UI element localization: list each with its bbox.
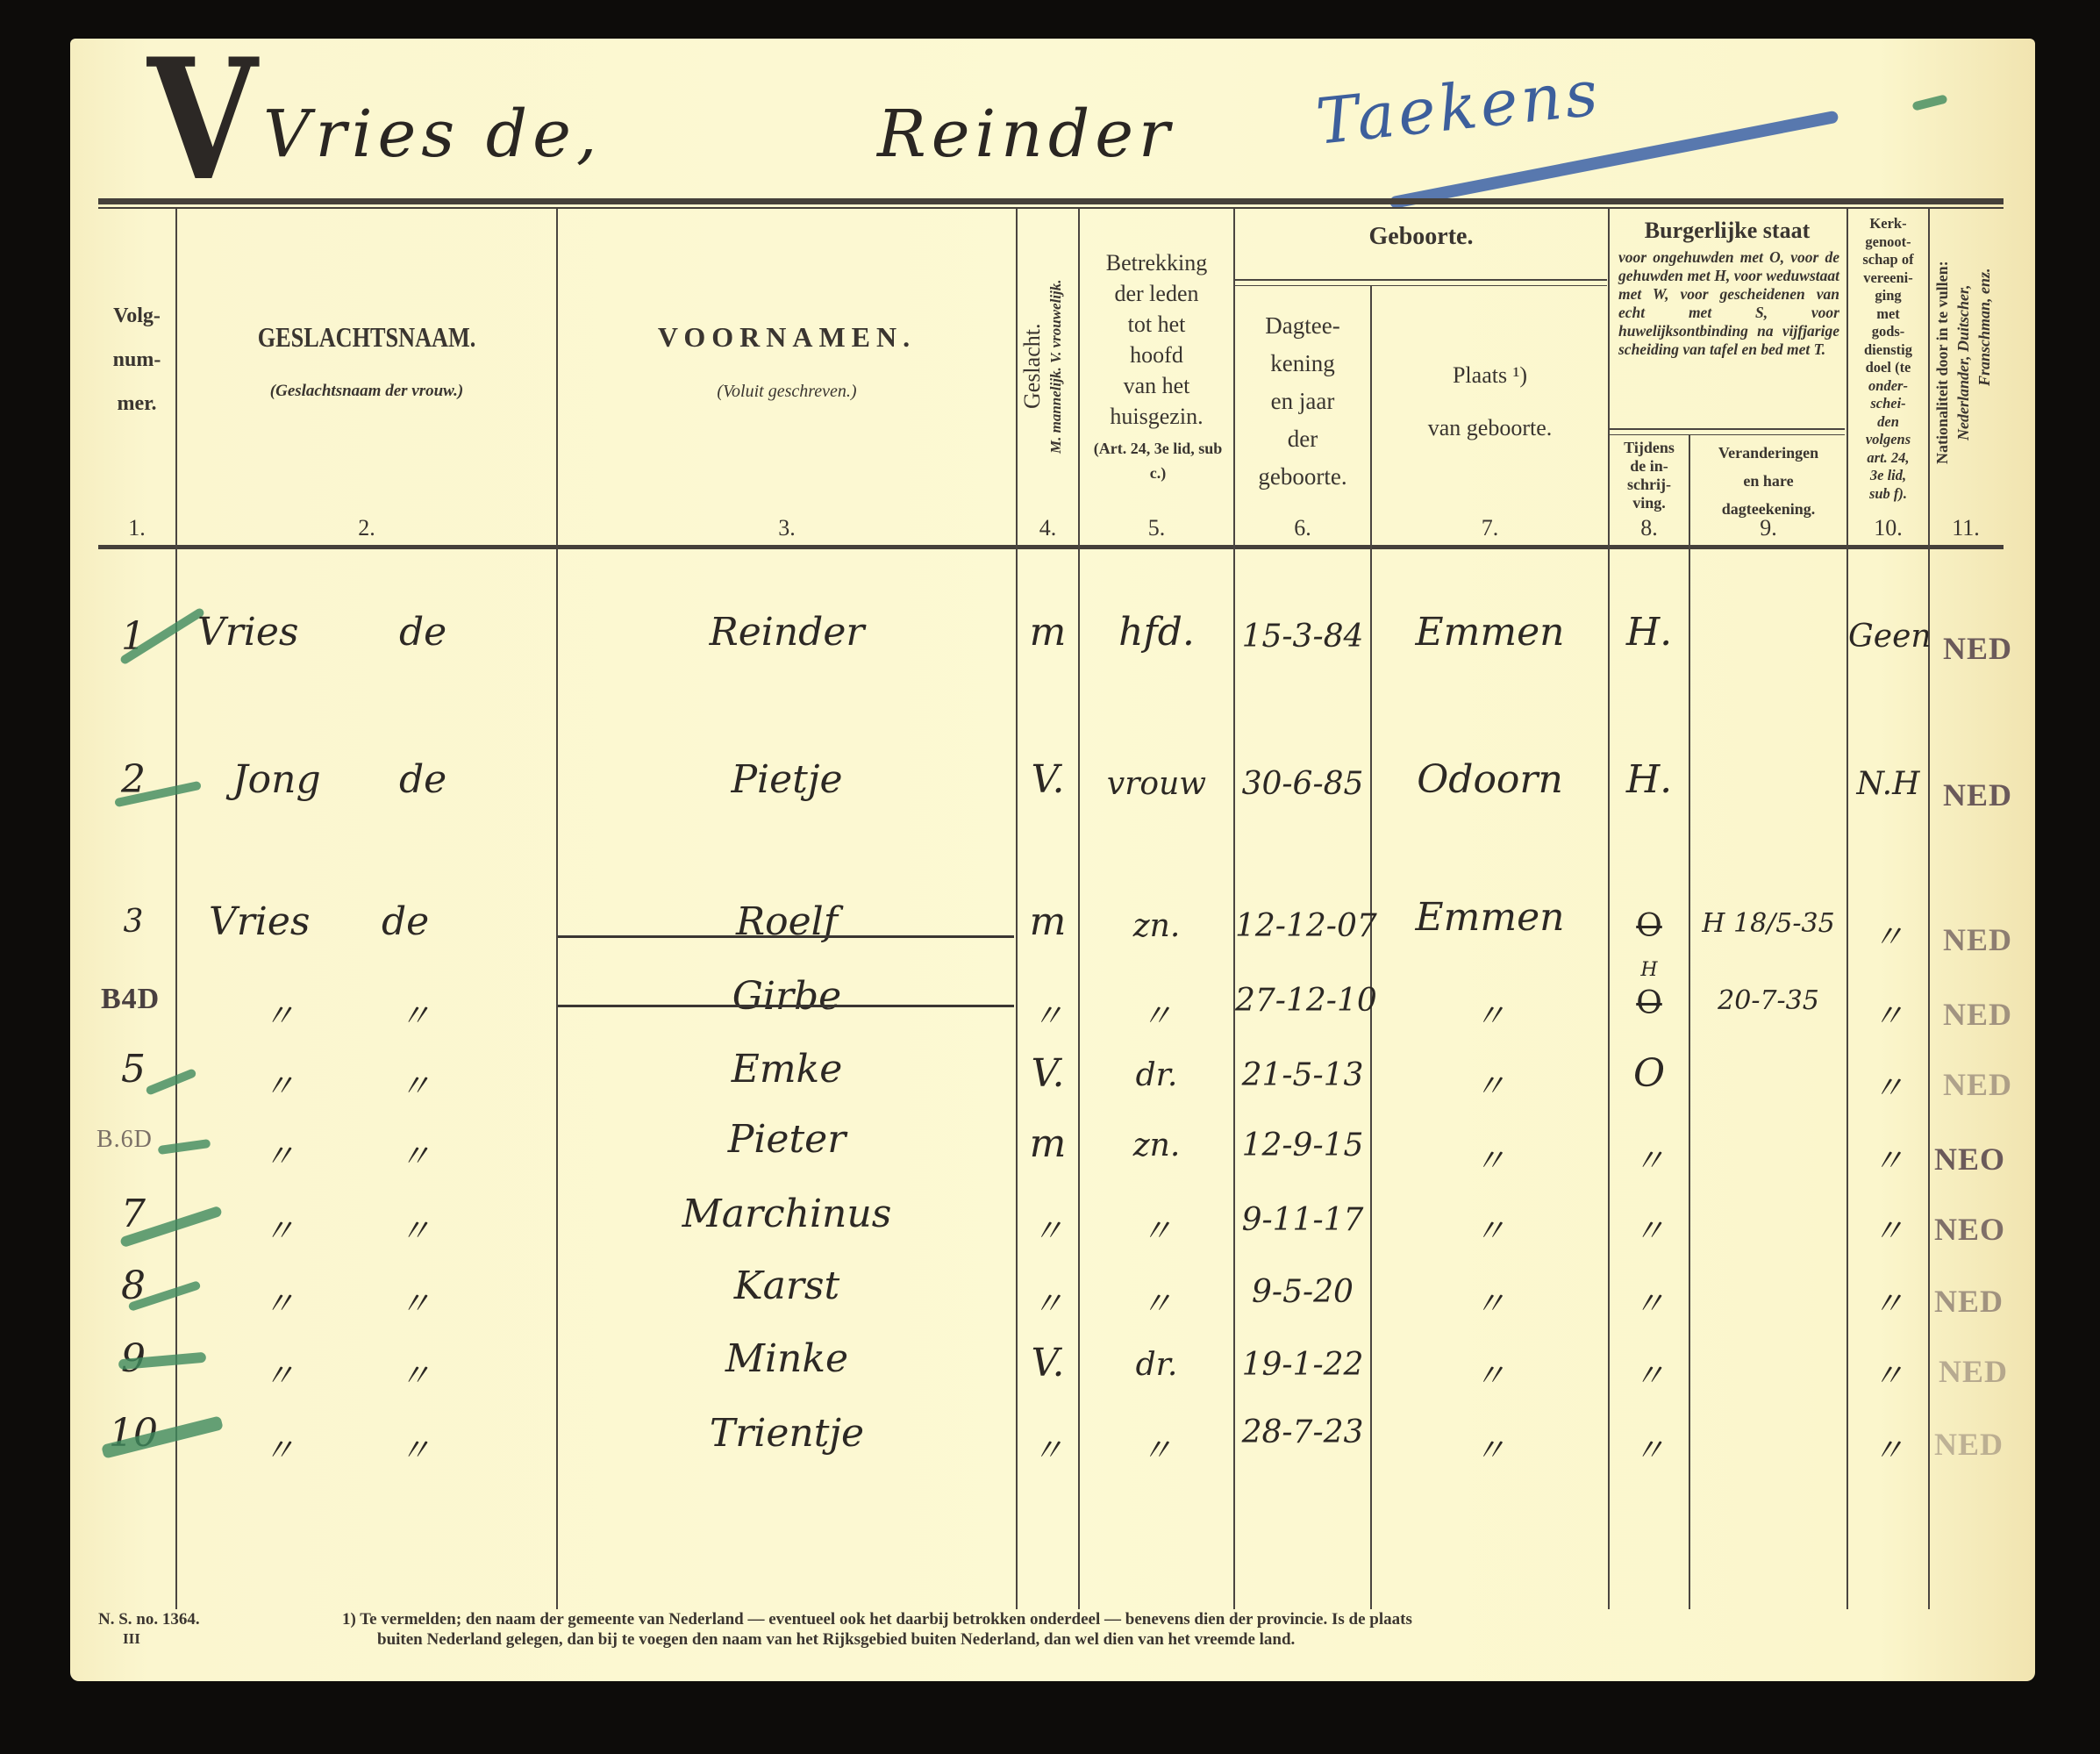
surname-part-2: de <box>399 757 446 802</box>
footnote-line-2: buiten Nederland gelegen, dan bij te voe… <box>377 1630 1295 1650</box>
header-text: Volg- <box>98 294 175 338</box>
birth-place: 〃 <box>1372 1136 1608 1181</box>
sex: m <box>1018 1121 1078 1166</box>
sex: V. <box>1018 1341 1078 1385</box>
header-veranderingen: Veranderingen en hare dagteekening. <box>1690 439 1846 523</box>
sex: 〃 <box>1018 1206 1078 1251</box>
church: 〃 <box>1848 992 1928 1036</box>
header-text: de in- <box>1610 457 1689 476</box>
church: 〃 <box>1848 1206 1928 1251</box>
header-text: schei- <box>1848 395 1928 413</box>
header-top-rule-thin <box>98 207 2004 209</box>
sex: 〃 <box>1018 992 1078 1036</box>
first-name-struck: Girbe <box>558 974 1016 1019</box>
church: 〃 <box>1848 1136 1928 1181</box>
civil-status: 〃 <box>1610 1351 1689 1396</box>
header-text: schrij- <box>1610 476 1689 494</box>
surname-part-2: 〃 <box>399 1351 431 1396</box>
header-text: ving. <box>1610 494 1689 512</box>
header-tijdens-inschrijving: Tijdens de in- schrij- ving. <box>1610 439 1689 512</box>
strikethrough-line <box>558 935 1014 938</box>
column-number-9: 9. <box>1690 515 1846 541</box>
header-volgnummer: Volg- num- mer. <box>98 294 175 426</box>
header-text: schap of <box>1848 251 1928 269</box>
column-number-8: 8. <box>1610 515 1689 541</box>
header-text: gods- <box>1848 323 1928 341</box>
header-text: en jaar <box>1235 383 1370 420</box>
first-name: Trientje <box>558 1411 1016 1456</box>
surname-part-1: 〃 <box>263 1351 295 1396</box>
relation: hfd. <box>1080 610 1233 655</box>
first-name: Emke <box>558 1047 1016 1092</box>
nationality-stamp: NED <box>1943 630 2012 667</box>
relation: zn. <box>1080 1128 1233 1163</box>
surname-part-2: 〃 <box>399 1426 431 1471</box>
column-divider <box>1928 209 1930 1609</box>
header-text: hoofd <box>1080 340 1233 370</box>
first-name: Pietje <box>558 757 1016 802</box>
header-text: art. 24, <box>1848 449 1928 468</box>
row-number-stamp: B.6D <box>96 1126 153 1154</box>
footnote-line-1: 1) Te vermelden; den naam der gemeente v… <box>342 1610 1412 1629</box>
header-text: volgens <box>1848 431 1928 449</box>
birth-date: 30-6-85 <box>1235 766 1370 802</box>
birth-date: 15-3-84 <box>1235 619 1370 655</box>
nationality-stamp: NED <box>1943 1066 2012 1103</box>
birth-place: 〃 <box>1372 992 1608 1036</box>
relation: 〃 <box>1080 992 1233 1036</box>
header-text: vereeni- <box>1848 269 1928 288</box>
header-text: Veranderingen <box>1690 439 1846 467</box>
header-dagteekening: Dagtee- kening en jaar der geboorte. <box>1235 307 1370 496</box>
relation: vrouw <box>1080 766 1233 802</box>
header-text: genoot- <box>1848 233 1928 252</box>
column-number-5: 5. <box>1080 515 1233 541</box>
relation: dr. <box>1080 1057 1233 1093</box>
nationality-stamp: NED <box>1943 921 2012 958</box>
sex: 〃 <box>1018 1279 1078 1324</box>
birth-place: 〃 <box>1372 1426 1608 1471</box>
header-text: geboorte. <box>1235 458 1370 496</box>
surname-part-2: 〃 <box>399 1062 431 1106</box>
header-van-geboorte: van geboorte. <box>1372 415 1608 441</box>
birth-date: 28-7-23 <box>1235 1414 1370 1450</box>
civil-status: H. <box>1610 757 1689 802</box>
church: Geen <box>1848 619 1928 655</box>
relation: 〃 <box>1080 1426 1233 1471</box>
surname-part-1: 〃 <box>263 1132 295 1177</box>
header-text: en hare <box>1690 467 1846 495</box>
column-number-1: 1. <box>98 515 175 541</box>
church: 〃 <box>1848 1426 1928 1471</box>
header-text: onder- <box>1848 377 1928 396</box>
sex: m <box>1018 610 1078 655</box>
nationality-stamp: NED <box>1934 1426 2004 1463</box>
strikethrough-line <box>558 1005 1014 1007</box>
birth-place: 〃 <box>1372 1279 1608 1324</box>
nationality-stamp: NED <box>1934 1283 2004 1320</box>
header-text: der leden <box>1080 278 1233 309</box>
birth-place: 〃 <box>1372 1351 1608 1396</box>
header-text: tot het <box>1080 309 1233 340</box>
first-name: Reinder <box>558 610 1016 655</box>
sex: 〃 <box>1018 1426 1078 1471</box>
church: 〃 <box>1848 1279 1928 1324</box>
surname-part-1: Jong <box>232 757 321 802</box>
header-plaats: Plaats ¹) <box>1372 362 1608 389</box>
birth-date: 9-5-20 <box>1235 1274 1370 1310</box>
birth-date: 12-9-15 <box>1235 1128 1370 1163</box>
surname-part-1: Vries <box>197 610 299 655</box>
header-geslacht-sub: M. mannelijk. V. vrouwelijk. <box>1047 224 1074 509</box>
civil-status: 〃 <box>1610 1279 1689 1324</box>
birth-date: 21-5-13 <box>1235 1057 1370 1093</box>
nationality-stamp: NED <box>1943 777 2012 813</box>
birth-date: 12-12-07 <box>1235 908 1370 944</box>
civil-status-struck: O <box>1610 985 1689 1021</box>
column-divider <box>1370 285 1372 1609</box>
header-text: Dagtee- <box>1235 307 1370 345</box>
civil-status: H. <box>1610 610 1689 655</box>
surname-part-1: 〃 <box>263 1426 295 1471</box>
geboorte-subheader-rule <box>1235 279 1607 286</box>
header-text: num- <box>98 338 175 382</box>
relation: zn. <box>1080 908 1233 944</box>
header-text: 3e lid, <box>1848 467 1928 485</box>
surname-part-1: Vries <box>209 899 311 944</box>
surname-part-2: 〃 <box>399 1206 431 1251</box>
header-nationaliteit: Nationaliteit door in te vullen: <box>1933 218 1954 507</box>
column-number-7: 7. <box>1372 515 1608 541</box>
column-number-6: 6. <box>1235 515 1370 541</box>
birth-place: Emmen <box>1372 895 1608 940</box>
nationality-stamp: NED <box>1943 996 2012 1033</box>
header-text: ging <box>1848 287 1928 305</box>
header-text: huisgezin. <box>1080 401 1233 432</box>
header-text: dienstig <box>1848 341 1928 360</box>
church: N.H <box>1848 766 1928 802</box>
header-top-rule <box>98 198 2004 204</box>
nationality-stamp: NED <box>1939 1353 2008 1390</box>
header-text: van het <box>1080 370 1233 401</box>
civil-status-changes: 20-7-35 <box>1690 985 1846 1016</box>
civil-status: 〃 <box>1610 1426 1689 1471</box>
surname-part-2: de <box>399 610 446 655</box>
sex: m <box>1018 899 1078 944</box>
nationality-stamp: NEO <box>1934 1141 2005 1178</box>
header-bottom-rule <box>98 545 2004 549</box>
birth-date: 27-12-10 <box>1235 983 1370 1019</box>
surname-part-2: 〃 <box>399 1132 431 1177</box>
civil-status-changes: H 18/5-35 <box>1690 908 1846 939</box>
header-text: den <box>1848 413 1928 432</box>
surname-part-1: 〃 <box>263 1062 295 1106</box>
header-geslachtsnaam: GESLACHTSNAAM. <box>211 321 522 354</box>
surname-part-1: 〃 <box>263 1206 295 1251</box>
header-text: Betrekking <box>1080 247 1233 278</box>
header-geboorte: Geboorte. <box>1235 223 1607 251</box>
form-id: N. S. no. 1364. <box>98 1610 200 1629</box>
header-text: mer. <box>98 382 175 426</box>
header-text: Tijdens <box>1610 439 1689 457</box>
header-burgerlijke-staat: Burgerlijke staat <box>1610 218 1845 244</box>
header-text: doel (te <box>1848 359 1928 377</box>
civil-status: 〃 <box>1610 1206 1689 1251</box>
header-text: sub f). <box>1848 485 1928 504</box>
index-letter: V <box>147 50 257 190</box>
header-voornamen-sub: (Voluit geschreven.) <box>558 382 1016 402</box>
first-name: Karst <box>558 1264 1016 1308</box>
burgerlijke-staat-subheader-rule <box>1610 428 1845 435</box>
church: 〃 <box>1848 1063 1928 1108</box>
header-nationaliteit-examples-1: Nederlander, Duitscher, <box>1954 218 1975 507</box>
birth-place: 〃 <box>1372 1206 1608 1251</box>
column-divider <box>175 209 177 1609</box>
burgerlijke-staat-description: voor ongehuwden met O, voor de gehuwden … <box>1618 248 1839 359</box>
column-divider <box>1689 434 1690 1609</box>
header-geslacht: Geslacht. <box>1019 224 1047 509</box>
card-given-name: Reinder <box>877 97 1175 172</box>
first-name: Minke <box>558 1336 1016 1381</box>
birth-place: Odoorn <box>1372 757 1608 802</box>
relation: dr. <box>1080 1347 1233 1383</box>
surname-part-1: 〃 <box>263 992 295 1036</box>
header-text: Kerk- <box>1848 215 1928 233</box>
header-text: kening <box>1235 345 1370 383</box>
sex: V. <box>1018 1051 1078 1096</box>
surname-part-2: de <box>382 899 429 944</box>
column-number-4: 4. <box>1018 515 1078 541</box>
church: 〃 <box>1848 913 1928 957</box>
nationality-stamp: NEO <box>1934 1211 2005 1248</box>
header-betrekking: Betrekking der leden tot het hoofd van h… <box>1080 247 1233 432</box>
row-number: 3 <box>98 904 168 940</box>
header-voornamen: VOORNAMEN. <box>558 321 1016 354</box>
civil-status: O <box>1610 1051 1689 1096</box>
surname-part-2: 〃 <box>399 1279 431 1324</box>
column-number-3: 3. <box>558 515 1016 541</box>
column-number-11: 11. <box>1930 515 2002 541</box>
birth-place: Emmen <box>1372 610 1608 655</box>
sex: V. <box>1018 757 1078 802</box>
first-name: Marchinus <box>558 1192 1016 1236</box>
civil-status-struck: O <box>1610 908 1689 944</box>
surname-part-1: 〃 <box>263 1279 295 1324</box>
header-betrekking-note: (Art. 24, 3e lid, sub c.) <box>1088 436 1228 485</box>
civil-status-note: H <box>1610 959 1689 981</box>
form-series: III <box>123 1630 140 1648</box>
header-text: met <box>1848 305 1928 324</box>
church: 〃 <box>1848 1351 1928 1396</box>
relation: 〃 <box>1080 1279 1233 1324</box>
birth-date: 9-11-17 <box>1235 1202 1370 1238</box>
row-number-stamp: B4D <box>101 983 160 1016</box>
card-surname: Vries de, <box>263 97 602 172</box>
header-nationaliteit-examples-2: Franschman, enz. <box>1975 218 1996 437</box>
header-text: der <box>1235 420 1370 458</box>
surname-part-2: 〃 <box>399 992 431 1036</box>
header-geslachtsnaam-sub: (Geslachtsnaam der vrouw.) <box>177 382 556 401</box>
column-number-10: 10. <box>1848 515 1928 541</box>
civil-status: 〃 <box>1610 1136 1689 1181</box>
column-number-2: 2. <box>177 515 556 541</box>
birth-place: 〃 <box>1372 1062 1608 1106</box>
header-kerkgenootschap: Kerk- genoot- schap of vereeni- ging met… <box>1848 215 1928 503</box>
first-name: Pieter <box>558 1117 1016 1162</box>
relation: 〃 <box>1080 1206 1233 1251</box>
birth-date: 19-1-22 <box>1235 1347 1370 1383</box>
